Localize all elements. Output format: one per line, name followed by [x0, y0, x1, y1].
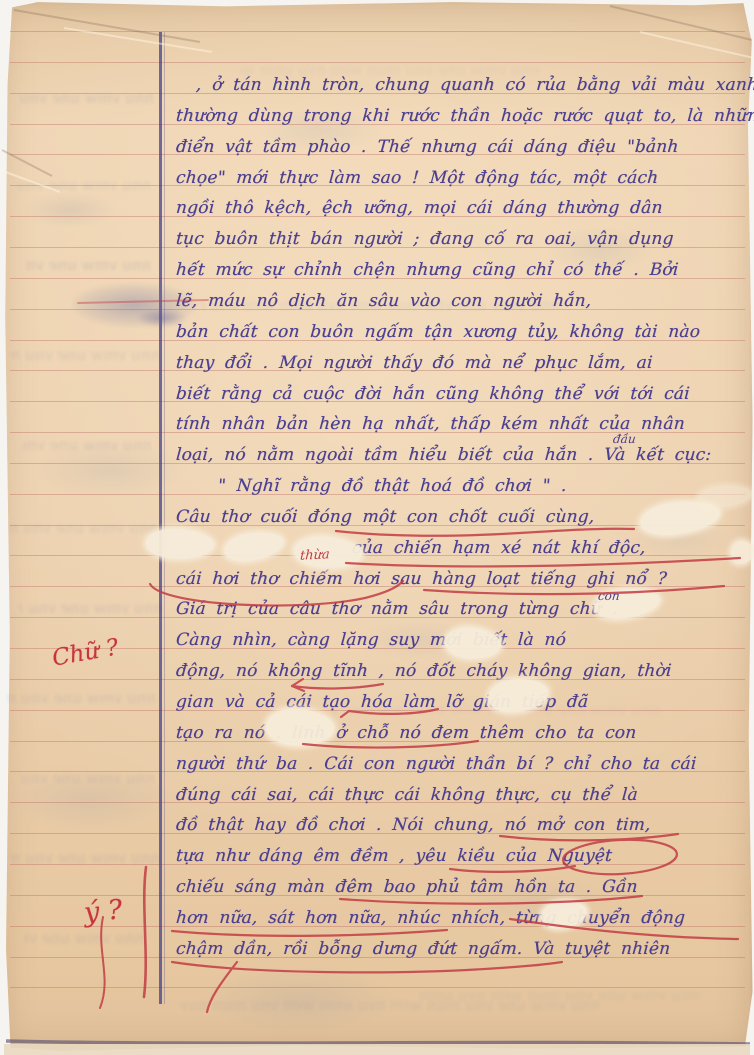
handwritten-line-28: hơn nữa, sát hơn nữa, nhúc nhích, từng c…: [175, 903, 686, 933]
insert-note-dau: đầu: [612, 432, 636, 446]
handwritten-line-25: đồ thật hay đồ chơi . Nói chung, nó mở c…: [175, 810, 652, 840]
handwritten-line-3: điển vật tầm phào . Thế nhưng cái dáng đ…: [175, 132, 680, 162]
handwritten-line-29: chậm dần, rồi bỗng dưng đứt ngấm. Và tuy…: [175, 934, 671, 964]
handwritten-line-20: động, nó không tĩnh , nó đốt cháy không …: [175, 656, 673, 686]
handwritten-line-10: thay đổi . Mọi người thấy đó mà nể phục …: [175, 348, 654, 378]
insert-note-con: con: [597, 589, 620, 603]
margin-rule-line: [159, 32, 162, 1004]
handwritten-line-15: Câu thơ cuối đóng một con chốt cuối cùng…: [175, 502, 596, 532]
rule-line: [10, 62, 745, 63]
handwritten-line-11: biết rằng cả cuộc đời hắn cũng không thể…: [175, 379, 691, 409]
rule-line: [10, 31, 745, 32]
next-sheet-edge: [4, 1044, 750, 1055]
handwritten-line-18: Giá trị của câu thơ nằm sâu trong từng c…: [175, 594, 619, 624]
handwritten-line-22: tạo ra nó . linh ở chỗ nó đem thêm cho t…: [175, 718, 637, 748]
handwritten-line-27: chiếu sáng màn đêm bao phủ tâm hồn ta . …: [175, 872, 639, 902]
handwritten-line-8: lẽ, máu nô dịch ăn sâu vào con người hắn…: [175, 286, 592, 316]
margin-rule-line-echo: [164, 32, 165, 1004]
redundant-note-thua: thừa: [300, 547, 330, 564]
scanned-document: { "document": { "kind": "handwritten ess…: [0, 0, 754, 1055]
handwritten-line-16: của chiến hạm xé nát khí độc,: [351, 533, 647, 563]
handwritten-line-5: ngồi thô kệch, ệch ưỡng, mọi cái dáng th…: [175, 193, 664, 223]
handwritten-line-17: cái hơi thơ chiếm hơi sau hàng loạt tiến…: [175, 564, 668, 594]
handwritten-line-4: chọe" mới thực làm sao ! Một động tác, m…: [175, 163, 659, 193]
handwritten-line-2: thường dùng trong khi rước thần hoặc rướ…: [175, 101, 754, 131]
handwritten-line-14: " Nghĩ rằng đồ thật hoá đồ chơi " .: [217, 471, 568, 501]
handwritten-line-1: , ở tán hình tròn, chung quanh có rủa bằ…: [195, 70, 754, 100]
handwritten-line-6: tục buôn thịt bán người ; đang cố ra oai…: [175, 224, 675, 254]
handwritten-line-26: tựa như dáng êm đềm , yêu kiều của Nguyệ…: [175, 841, 613, 871]
rule-line: [10, 987, 745, 988]
handwritten-line-19: Càng nhìn, càng lặng suy mới biết là nó: [175, 625, 567, 655]
handwritten-line-24: đúng cái sai, cái thực cái không thực, c…: [175, 780, 639, 810]
handwritten-line-23: người thứ ba . Cái con người thần bí ? c…: [175, 749, 698, 779]
teacher-note-y: ý ?: [83, 894, 124, 928]
handwritten-line-9: bản chất con buôn ngấm tận xương tủy, kh…: [175, 317, 701, 347]
handwritten-line-7: hết mức sự chỉnh chện nhưng cũng chỉ có …: [175, 255, 680, 285]
handwritten-line-12: tính nhân bản hèn hạ nhất, thấp kém nhất…: [175, 409, 686, 439]
